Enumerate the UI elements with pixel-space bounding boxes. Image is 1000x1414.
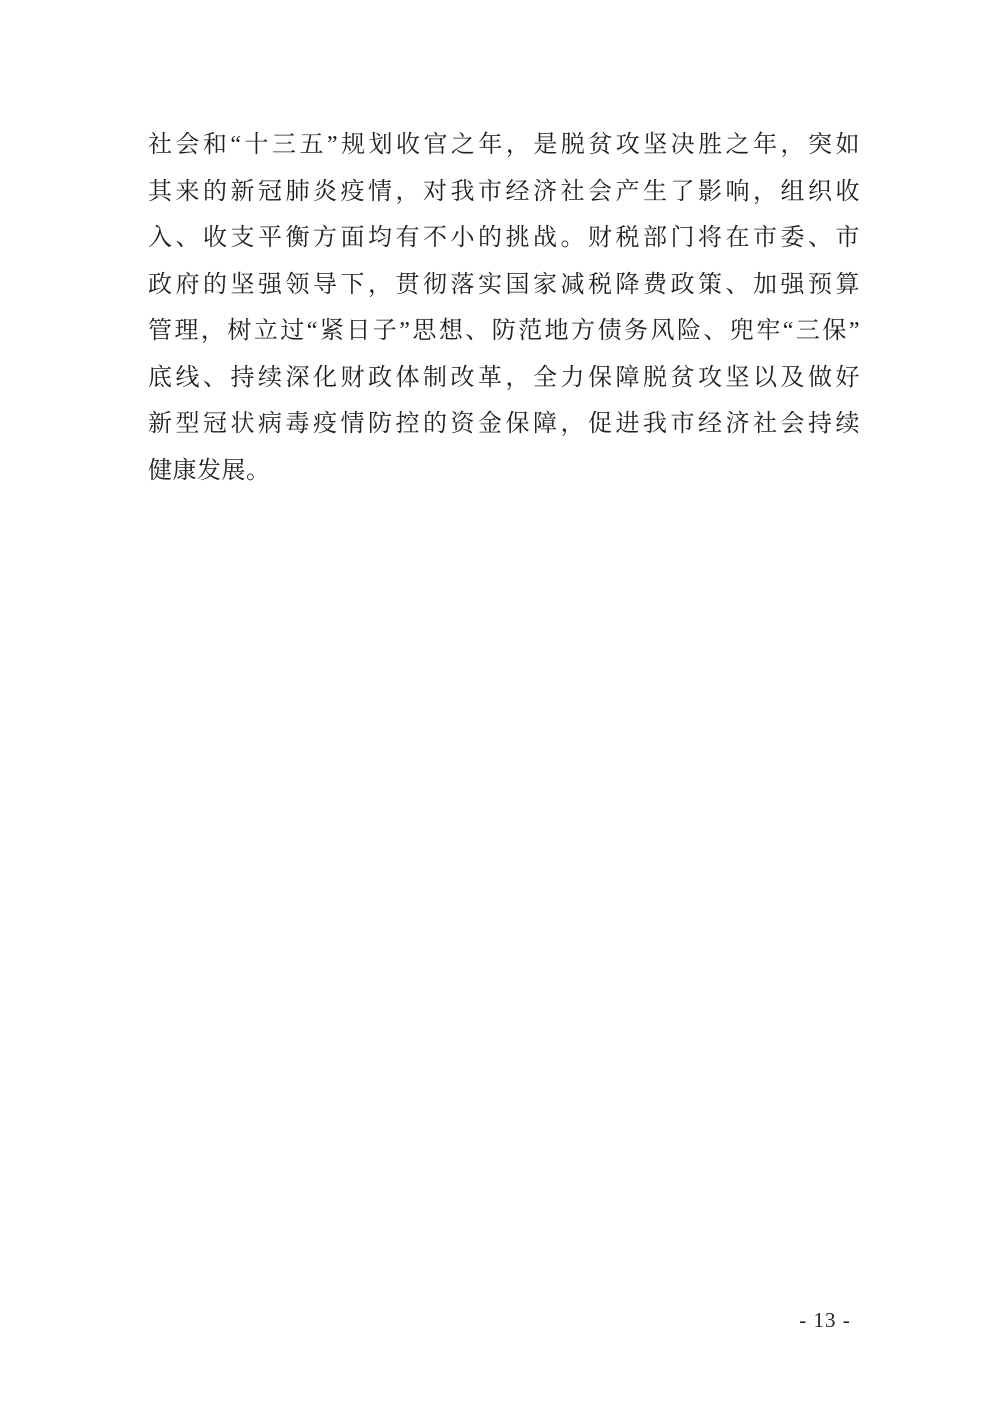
paragraph-line: 其来的新冠肺炎疫情，对我市经济社会产生了影响，组织收 xyxy=(148,169,860,216)
paragraph-line: 新型冠状病毒疫情防控的资金保障，促进我市经济社会持续 xyxy=(148,401,860,448)
paragraph-line: 政府的坚强领导下，贯彻落实国家减税降费政策、加强预算 xyxy=(148,262,860,309)
paragraph-line: 底线、持续深化财政体制改革，全力保障脱贫攻坚以及做好 xyxy=(148,355,860,402)
paragraph-line: 社会和“十三五”规划收官之年，是脱贫攻坚决胜之年，突如 xyxy=(148,122,860,169)
page-number: - 13 - xyxy=(790,1308,860,1333)
paragraph-line: 健康发展。 xyxy=(148,448,860,495)
body-paragraph: 社会和“十三五”规划收官之年，是脱贫攻坚决胜之年，突如 其来的新冠肺炎疫情，对我… xyxy=(148,122,860,494)
paragraph-line: 入、收支平衡方面均有不小的挑战。财税部门将在市委、市 xyxy=(148,215,860,262)
paragraph-line: 管理，树立过“紧日子”思想、防范地方债务风险、兜牢“三保” xyxy=(148,308,860,355)
document-page: 社会和“十三五”规划收官之年，是脱贫攻坚决胜之年，突如 其来的新冠肺炎疫情，对我… xyxy=(0,0,1000,1414)
